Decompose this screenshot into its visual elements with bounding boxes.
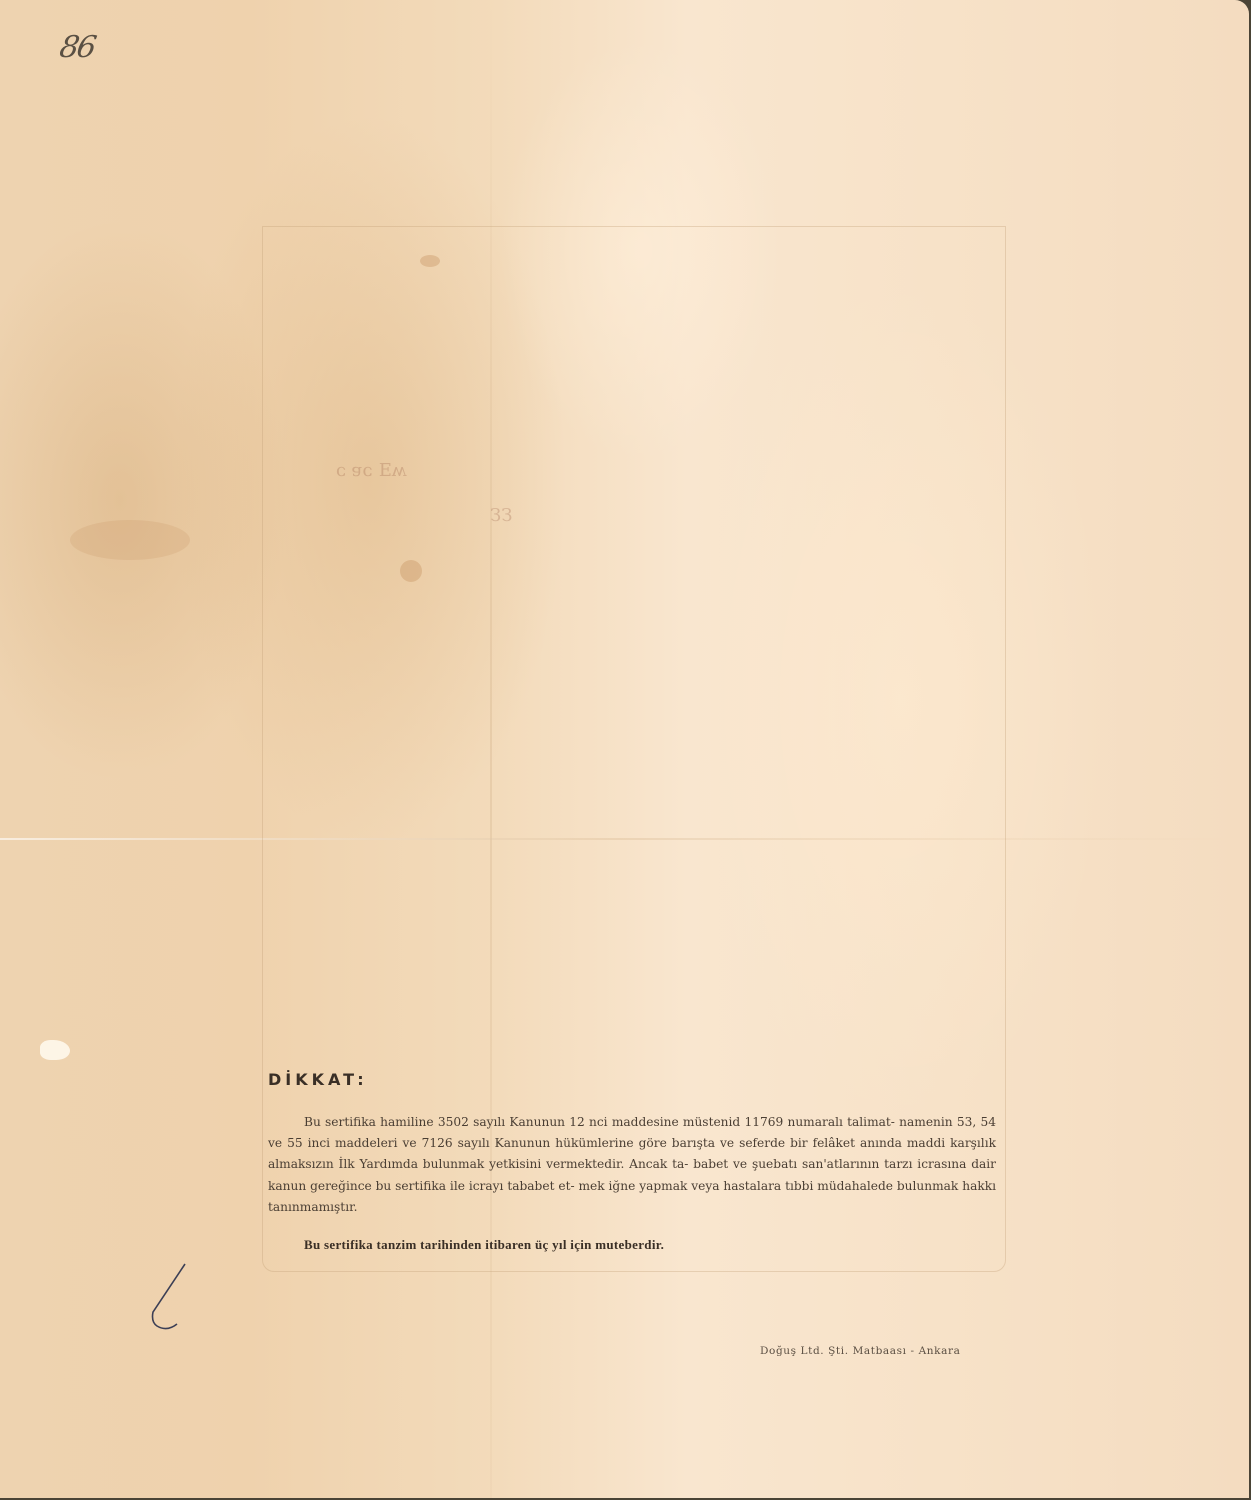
bleed-through-mark: ƐƐ [490, 505, 512, 526]
stain-mark [70, 520, 190, 560]
handwritten-page-number: 86 [57, 30, 97, 65]
stain-mark [400, 560, 422, 582]
paper-tear [40, 1040, 70, 1060]
notice-title: DİKKAT: [268, 1070, 368, 1089]
printer-credit: Doğuş Ltd. Şti. Matbaası - Ankara [760, 1345, 960, 1357]
pen-mark-icon [145, 1262, 195, 1332]
stain-mark [420, 255, 440, 267]
bleed-through-mark: ʍƎ ɔɐ ɔ [336, 460, 407, 481]
certificate-back-page: ʍƎ ɔɐ ɔ ƐƐ 86 DİKKAT: Bu sertifika hamil… [0, 0, 1249, 1498]
notice-body: Bu sertifika hamiline 3502 sayılı Kanunu… [268, 1112, 996, 1218]
validity-statement: Bu sertifika tanzim tarihinden itibaren … [304, 1237, 664, 1253]
